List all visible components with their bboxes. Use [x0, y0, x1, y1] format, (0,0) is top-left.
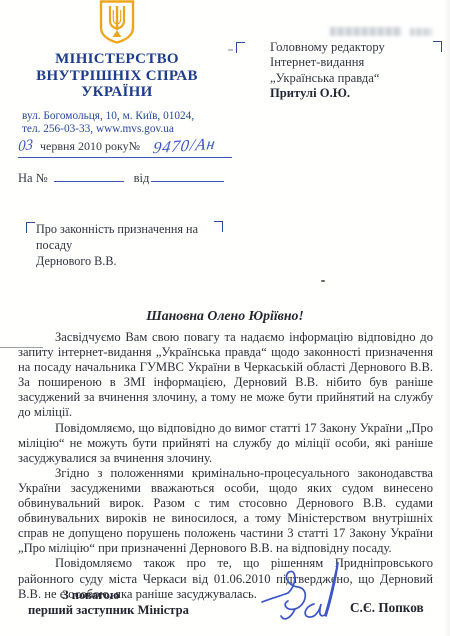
recipient-corner-open	[236, 42, 245, 53]
letterhead: МІНІСТЕРСТВО ВНУТРІШНІХ СПРАВ УКРАЇНИ ву…	[8, 0, 226, 137]
signer-name: С.Є. Попков	[350, 600, 424, 616]
handwritten-outgoing-number: 9470/Ан	[152, 134, 218, 159]
printed-date-label: червня 2010 року№	[40, 139, 140, 153]
scanned-letter-page: МІНІСТЕРСТВО ВНУТРІШНІХ СПРАВ УКРАЇНИ ву…	[0, 0, 450, 636]
recipient-block: Головному редактору Інтернет-видання „Ук…	[270, 40, 440, 101]
org-address-line: вул. Богомольця, 10, м. Київ, 01024,	[22, 110, 226, 124]
reply-date-blank	[151, 169, 224, 182]
org-name-line: ВНУТРІШНІХ СПРАВ	[8, 68, 226, 85]
letter-body: Засвідчуємо Вам свою повагу та надаємо і…	[18, 330, 433, 602]
reference-line: 03 червня 2010 року№ 9470/Ан	[18, 136, 232, 158]
recipient-line: Головному редактору	[270, 40, 440, 55]
handwritten-signature	[258, 556, 346, 636]
org-name-line: УКРАЇНИ	[8, 84, 226, 101]
org-address: вул. Богомольця, 10, м. Київ, 01024, тел…	[8, 110, 226, 137]
closing-respect: З повагою	[62, 588, 189, 603]
body-paragraph: Засвідчуємо Вам свою повагу та надаємо і…	[18, 330, 433, 421]
body-paragraph: Згідно з положеннями кримінально-процесу…	[18, 466, 433, 557]
closing-title: перший заступник Міністра	[28, 603, 189, 618]
recipient-name: Притулі О.Ю.	[270, 86, 440, 101]
scan-dash-artifact	[228, 49, 233, 51]
reply-reference-line: На №від	[18, 169, 224, 186]
reply-from-label: від	[134, 171, 150, 185]
org-name-line: МІНІСТЕРСТВО	[8, 51, 226, 68]
reply-number-blank	[54, 169, 124, 182]
reply-prefix-label: На №	[18, 171, 48, 185]
subject-line: Дернового В.В.	[36, 253, 216, 269]
closing-block: З повагою перший заступник Міністра	[28, 588, 189, 618]
subject-block: Про законність призначення на посаду Дер…	[36, 221, 216, 269]
salutation: Шановна Олено Юріївно!	[0, 308, 450, 324]
ukraine-trident-icon	[98, 0, 136, 44]
recipient-line: „Українська правда“	[270, 71, 440, 86]
recipient-line: Інтернет-видання	[270, 55, 440, 70]
org-name: МІНІСТЕРСТВО ВНУТРІШНІХ СПРАВ УКРАЇНИ	[8, 51, 226, 101]
subject-line: Про законність призначення на посаду	[36, 221, 216, 253]
scan-speck-artifact	[321, 280, 325, 282]
handwritten-date: 03	[18, 137, 33, 156]
body-paragraph: Повідомляємо, що відповідно до вимог ста…	[18, 421, 433, 466]
subject-corner-open	[26, 222, 35, 233]
